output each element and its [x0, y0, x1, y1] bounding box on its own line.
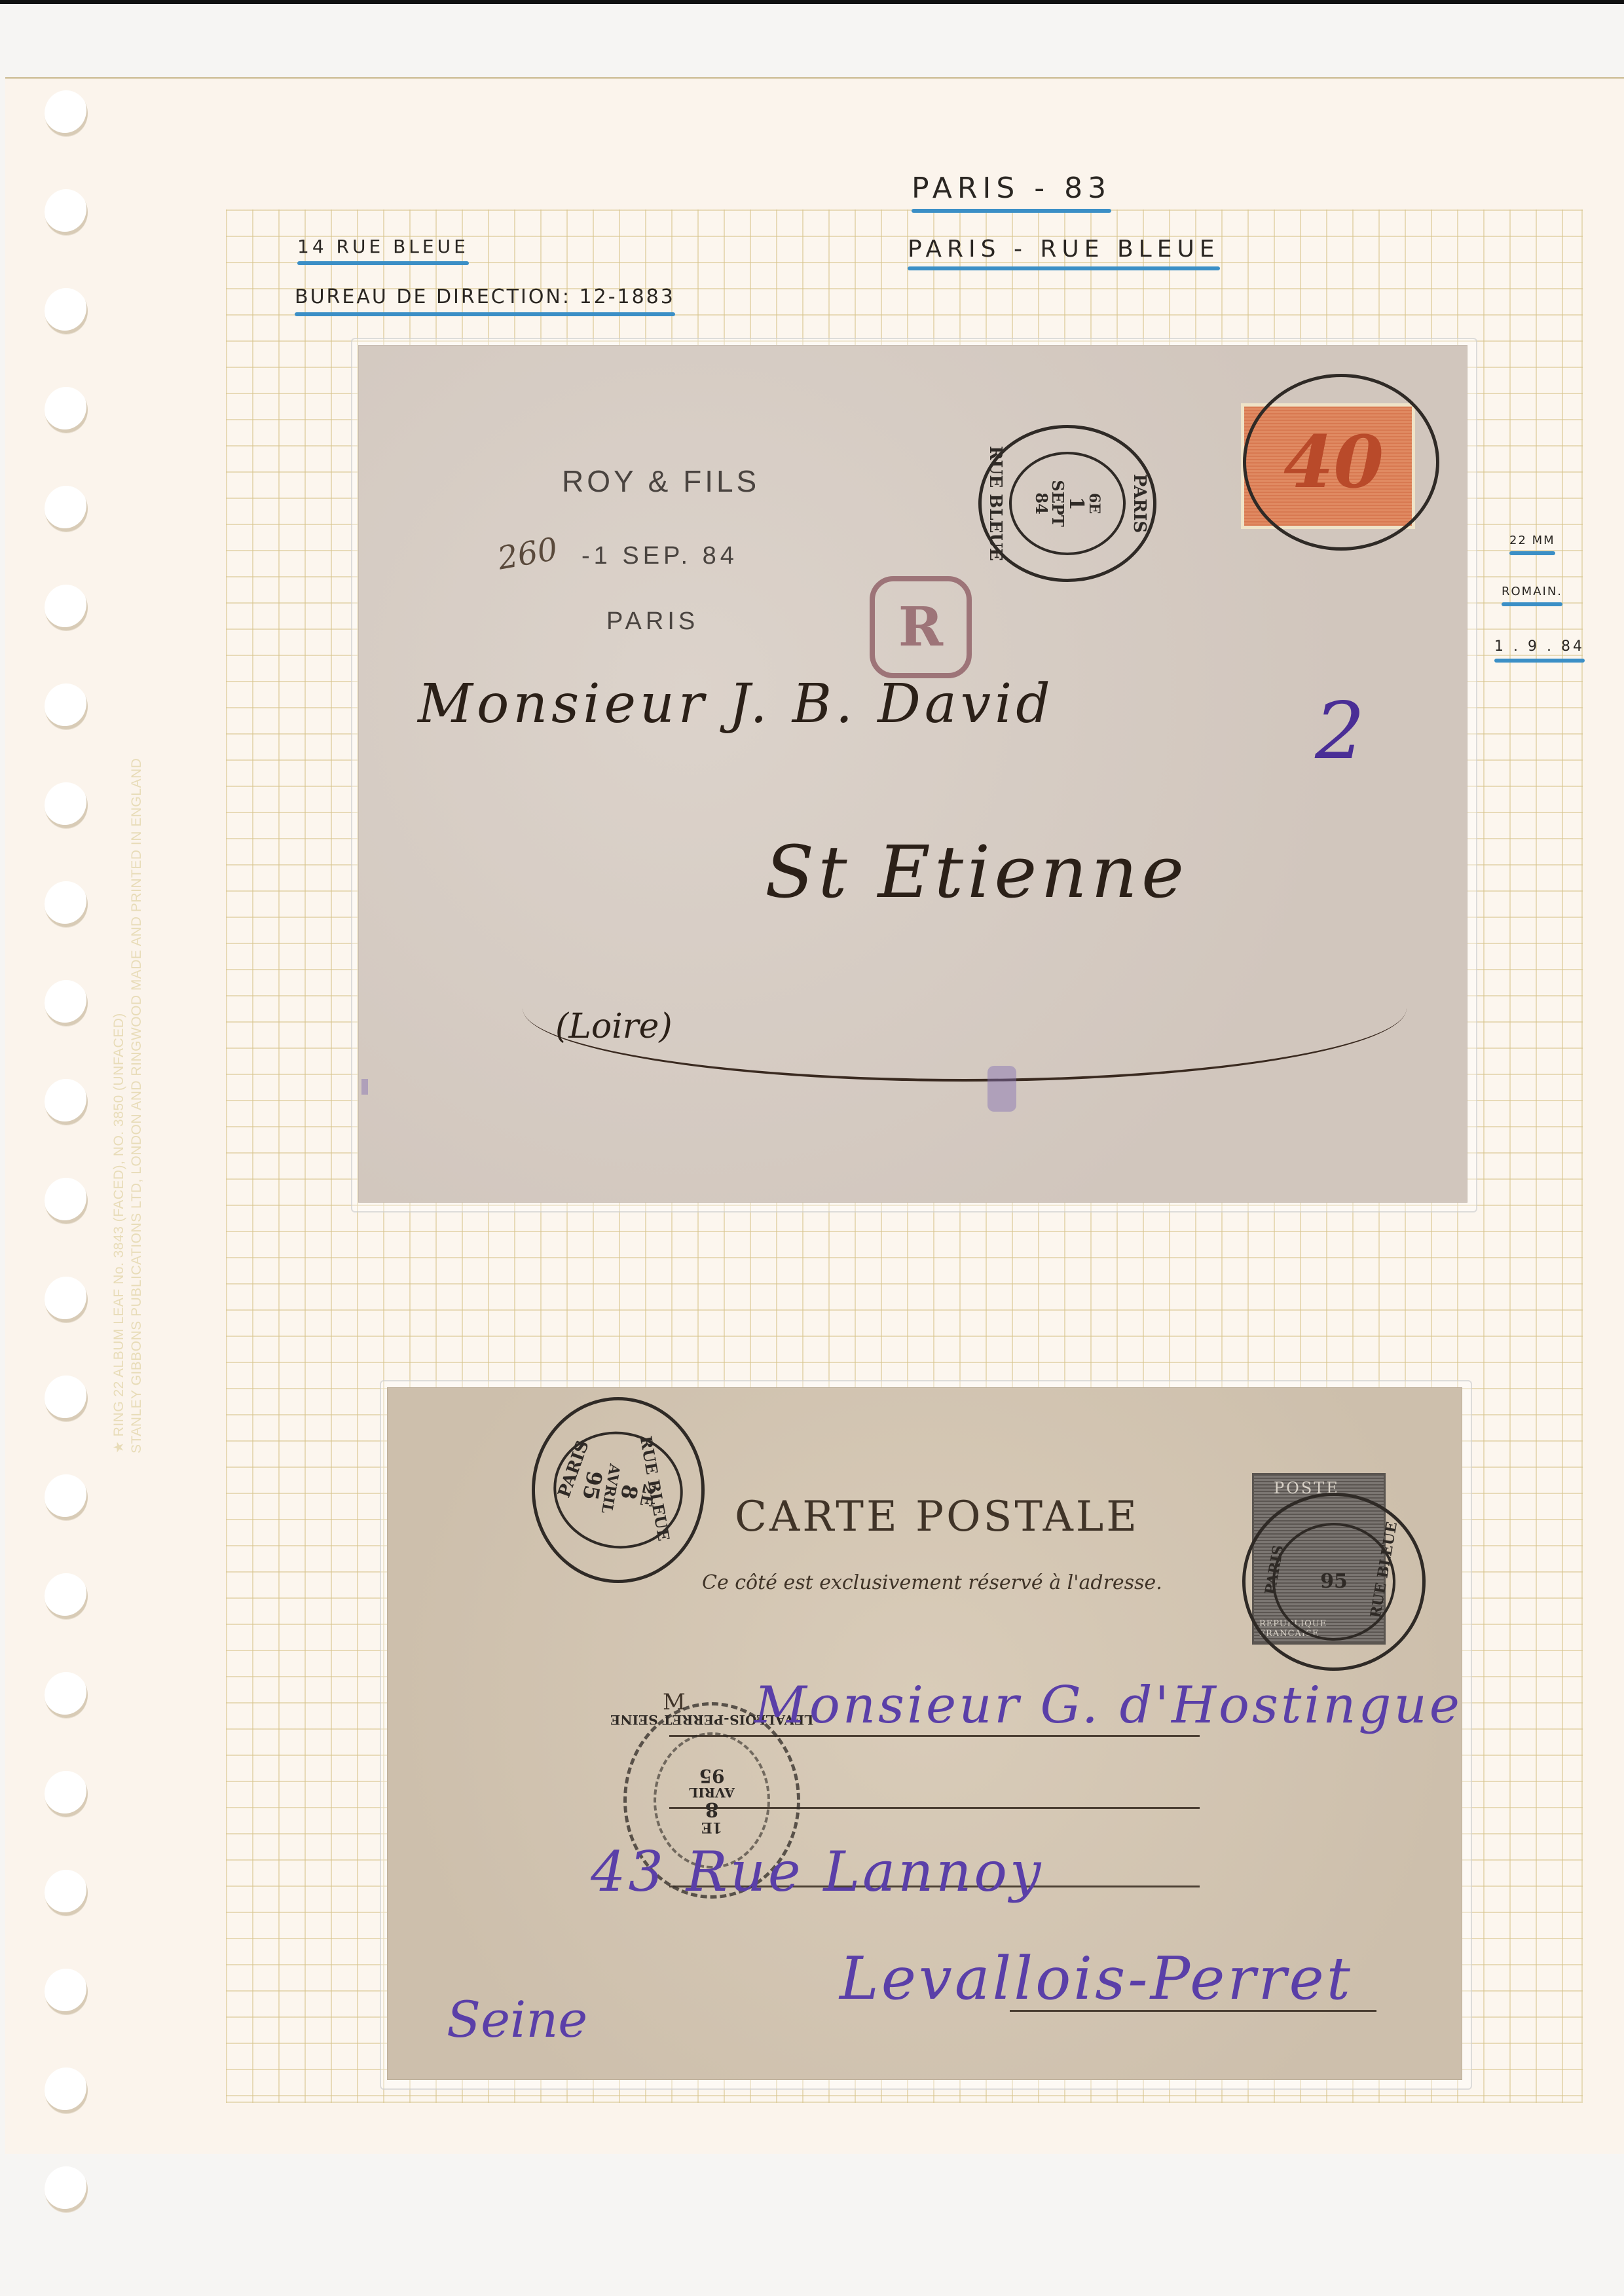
binder-hole	[45, 288, 88, 334]
binder-hole	[45, 881, 88, 927]
binder-hole	[45, 1672, 88, 1718]
office-name: PARIS - RUE BLEUE	[908, 236, 1220, 270]
rue-bleue-departure-postmark: PARIS RUE BLEUE 2E 8 AVRIL 95	[532, 1397, 705, 1583]
binder-hole	[45, 90, 88, 136]
binder-hole	[45, 1178, 88, 1224]
binder-hole	[45, 1376, 88, 1421]
typeface-underline	[1502, 602, 1562, 606]
addressee-city: St Etienne	[765, 830, 1188, 914]
binder-hole	[45, 1079, 88, 1125]
imprint-line-2: STANLEY GIBBONS PUBLICATIONS LTD, LONDON…	[128, 799, 145, 1453]
ink-smudge	[987, 1066, 1016, 1112]
binder-hole	[45, 980, 88, 1026]
ink-smudge	[361, 1079, 368, 1095]
card-addressee-name: Monsieur G. d'Hostingue	[754, 1676, 1462, 1735]
binder-hole	[45, 2068, 88, 2113]
binder-hole	[45, 683, 88, 729]
binder-hole	[45, 1573, 88, 1619]
subtitle-underline	[908, 266, 1220, 270]
sender-date: -1 SEP. 84	[581, 542, 738, 570]
binder-hole	[45, 2166, 88, 2212]
address-underline	[297, 261, 469, 265]
card-instruction: Ce côté est exclusivement réservé à l'ad…	[702, 1571, 1162, 1594]
addressee-department: (Loire)	[555, 1007, 673, 1046]
binder-hole	[45, 1474, 88, 1520]
registered-envelope: ROY & FILS 260 -1 SEP. 84 PARIS PARIS RU…	[359, 346, 1467, 1202]
scan-edge	[0, 0, 1624, 4]
sender-company: ROY & FILS	[562, 464, 760, 499]
binder-hole	[45, 585, 88, 630]
pencil-note: 260	[495, 530, 561, 577]
stamp-cancel-postmark: PARIS RUE BLEUE 95	[1242, 1493, 1426, 1671]
leaf-imprint: ★ RING 22 ALBUM LEAF No. 3843 (FACED), N…	[110, 799, 145, 1453]
postmark-date: 6E 1 SEPT 84	[1009, 452, 1126, 555]
sender-city: PARIS	[606, 608, 699, 636]
stamp-cancellation	[1243, 374, 1439, 551]
card-addressee-street: 43 Rue Lannoy	[591, 1840, 1043, 1904]
postcard: PARIS RUE BLEUE 2E 8 AVRIL 95 CARTE POST…	[388, 1388, 1462, 2079]
addressee-name: Monsieur J. B. David	[418, 673, 1054, 735]
date-note: 1 . 9 . 84	[1494, 638, 1585, 663]
binder-hole	[45, 1870, 88, 1916]
bureau-underline	[295, 312, 675, 316]
binder-hole	[45, 1771, 88, 1817]
typeface-note: ROMAIN.	[1502, 585, 1562, 606]
office-address: 14 RUE BLEUE	[297, 236, 469, 265]
registration-mark: R	[870, 576, 972, 678]
title-underline	[912, 209, 1111, 213]
binder-hole	[45, 486, 88, 532]
date-underline	[1494, 659, 1585, 663]
card-heading: CARTE POSTALE	[735, 1493, 1139, 1541]
size-note: 22 MM	[1509, 534, 1555, 555]
rue-bleue-postmark: PARIS RUE BLEUE 6E 1 SEPT 84	[978, 425, 1156, 582]
size-underline	[1509, 551, 1555, 555]
binder-hole	[45, 189, 88, 235]
binder-hole	[45, 387, 88, 433]
binder-hole	[45, 1277, 88, 1322]
card-addressee-department: Seine	[447, 1990, 587, 2049]
imprint-line-1: ★ RING 22 ALBUM LEAF No. 3843 (FACED), N…	[110, 799, 128, 1453]
bureau-note: BUREAU DE DIRECTION: 12-1883	[295, 285, 675, 316]
card-addressee-city: Levallois-Perret	[840, 1944, 1353, 2013]
stamp-cancel-date: 95	[1272, 1523, 1395, 1641]
page-title: PARIS - 83	[912, 172, 1111, 213]
blue-crayon-mark: 2	[1315, 686, 1365, 777]
binder-hole	[45, 1969, 88, 2014]
binder-hole	[45, 782, 88, 828]
